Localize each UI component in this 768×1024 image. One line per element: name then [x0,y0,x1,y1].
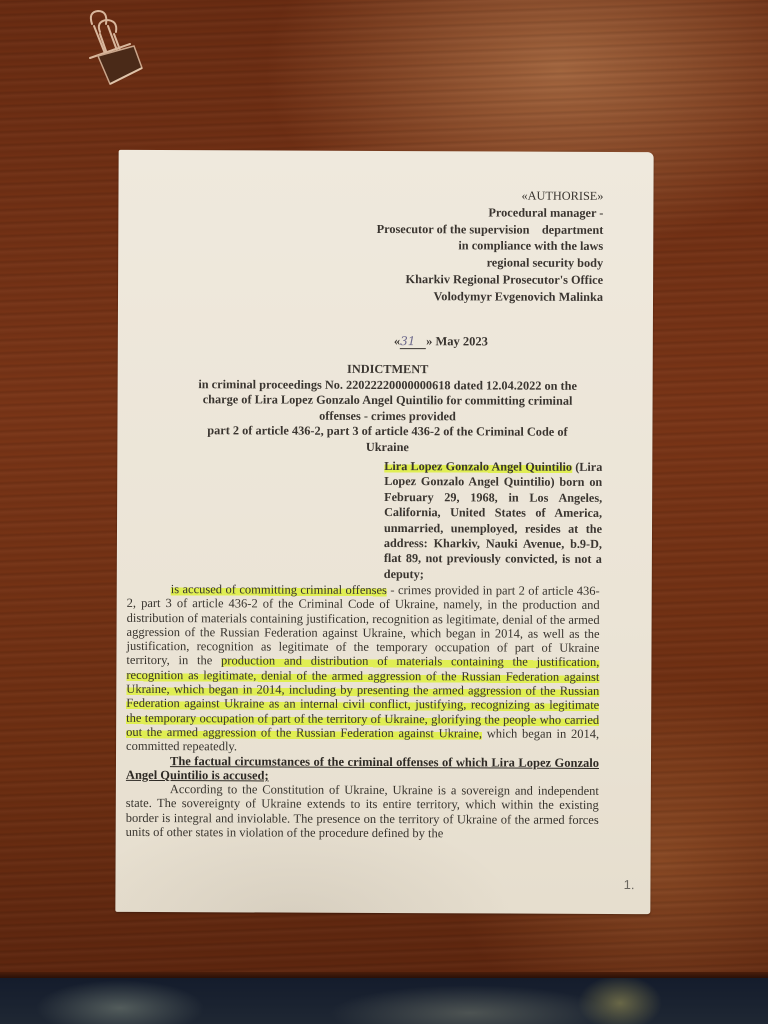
approval-line: Kharkiv Regional Prosecutor's Office [376,271,603,289]
binder-clip-icon [72,6,152,90]
approval-line: regional security body [376,254,603,272]
heading-line: Ukraine [157,439,617,457]
factual-circumstances-heading: The factual circumstances of the crimina… [126,753,599,784]
heading-line: part 2 of article 436-2, part 3 of artic… [157,423,617,441]
factual-circumstances-text: According to the Constitution of Ukraine… [126,782,599,841]
document-date: «31» May 2023 [394,334,488,349]
accusation-paragraph: is accused of committing criminal offens… [126,582,600,756]
date-month-year: May 2023 [435,334,487,348]
approval-block: «AUTHORISE» Procedural manager - Prosecu… [376,187,603,306]
handwritten-day: 31 [400,334,426,349]
accused-name-highlight: Lira Lopez Gonzalo Angel Quintilio [384,459,572,474]
approval-line: in compliance with the laws [377,237,604,255]
document-page: «AUTHORISE» Procedural manager - Prosecu… [115,150,653,914]
approval-line: Volodymyr Evgenovich Malinka [376,288,603,306]
approval-line: Procedural manager - [377,204,604,222]
highlight-accused: is accused of committing criminal offens… [171,582,387,597]
approval-title: «AUTHORISE» [377,187,604,205]
floor-background [0,978,768,1024]
heading-line: charge of Lira Lopez Gonzalo Angel Quint… [158,392,618,410]
page-number: 1. [624,877,635,892]
approval-line: Prosecutor of the supervision department [377,221,604,239]
accused-details-text: (Lira Lopez Gonzalo Angel Quintilio) bor… [384,460,603,581]
accusation-body: is accused of committing criminal offens… [126,582,600,841]
date-close-quote: » [426,334,432,348]
accused-details: Lira Lopez Gonzalo Angel Quintilio (Lira… [384,459,603,583]
indictment-heading: INDICTMENT in criminal proceedings No. 2… [157,361,617,457]
